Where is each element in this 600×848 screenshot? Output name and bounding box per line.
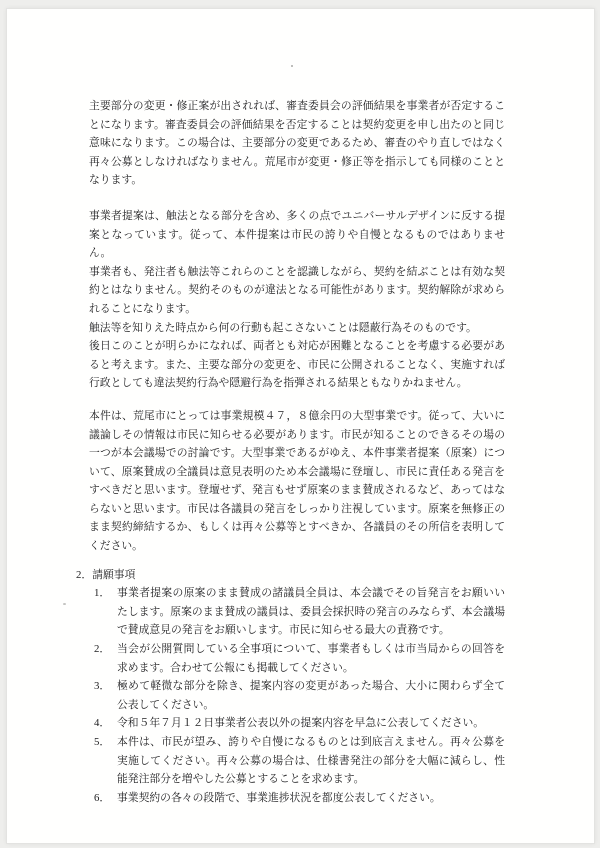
petition-item-number: 6． <box>94 789 117 808</box>
petition-item-number: 3． <box>94 677 117 714</box>
petition-item-text: 極めて軽微な部分を除き、提案内容の変更があった場合、大小に関わらず全て公表してく… <box>117 677 505 714</box>
petition-item: 6． 事業契約の各々の段階で、事業進捗状況を都度公表してください。 <box>94 789 505 808</box>
section-petition-items: 2．請願事項 1． 事業者提案の原案のまま賛成の諸議員全員は、本会議でその旨発言… <box>89 566 505 808</box>
petition-item-text: 事業契約の各々の段階で、事業進捗状況を都度公表してください。 <box>117 789 505 808</box>
petition-item-text: 本件は、市民が望み、誇りや自慢になるものとは到底言えません。再々公募を実施してく… <box>117 733 505 789</box>
petition-item: 4． 令和５年７月１２日事業者公表以外の提案内容を早急に公表してください。 <box>94 714 505 733</box>
petition-item: 3． 極めて軽微な部分を除き、提案内容の変更があった場合、大小に関わらず全て公表… <box>94 677 505 714</box>
petition-item-number: 2． <box>94 640 117 677</box>
paragraph-universal-design: 事業者提案は、触法となる部分を含め、多くの点でユニバーサルデザインに反する提案と… <box>89 207 505 263</box>
petition-item: 2． 当会が公開質問している全事項について、事業者もしくは市当局からの回答を求め… <box>94 640 505 677</box>
paragraph-group-proposal: 事業者提案は、触法となる部分を含め、多くの点でユニバーサルデザインに反する提案と… <box>89 207 505 393</box>
petition-item: 5． 本件は、市民が望み、誇りや自慢になるものとは到底言えません。再々公募を実施… <box>94 733 505 789</box>
petition-item-text: 事業者提案の原案のまま賛成の諸議員全員は、本会議でその旨発言をお願いいたします。… <box>117 584 505 640</box>
petition-items-list: 1． 事業者提案の原案のまま賛成の諸議員全員は、本会議でその旨発言をお願いいたし… <box>89 584 505 807</box>
paragraph-review-committee: 主要部分の変更・修正案が出されれば、審査委員会の評価結果を事業者が否定することに… <box>89 97 505 190</box>
paragraph-project-scale: 本件は、荒尾市にとっては事業規模４７，８億余円の大型事業です。従って、大いに議論… <box>89 407 505 556</box>
petition-item-text: 当会が公開質問している全事項について、事業者もしくは市当局からの回答を求めます。… <box>117 640 505 677</box>
petition-item: 1． 事業者提案の原案のまま賛成の諸議員全員は、本会議でその旨発言をお願いいたし… <box>94 584 505 640</box>
scan-artifact-dot <box>63 603 66 605</box>
document-body: 主要部分の変更・修正案が出されれば、審査委員会の評価結果を事業者が否定することに… <box>89 9 505 807</box>
document-page: 主要部分の変更・修正案が出されれば、審査委員会の評価結果を事業者が否定することに… <box>6 8 595 844</box>
petition-item-number: 1． <box>94 584 117 640</box>
petition-item-text: 令和５年７月１２日事業者公表以外の提案内容を早急に公表してください。 <box>117 714 505 733</box>
paragraph-future-consequences: 後日このことが明らかになれば、両者とも対応が困難となることを考慮する必要があると… <box>89 337 505 393</box>
petition-items-heading: 2．請願事項 <box>76 566 505 585</box>
petition-item-number: 5． <box>94 733 117 789</box>
paragraph-contract-validity: 事業者も、発注者も触法等これらのことを認識しながら、契約を結ぶことは有効な契約と… <box>89 263 505 319</box>
petition-item-number: 4． <box>94 714 117 733</box>
paragraph-concealment: 触法等を知りえた時点から何の行動も起こさないことは隠蔽行為そのものです。 <box>89 319 505 338</box>
